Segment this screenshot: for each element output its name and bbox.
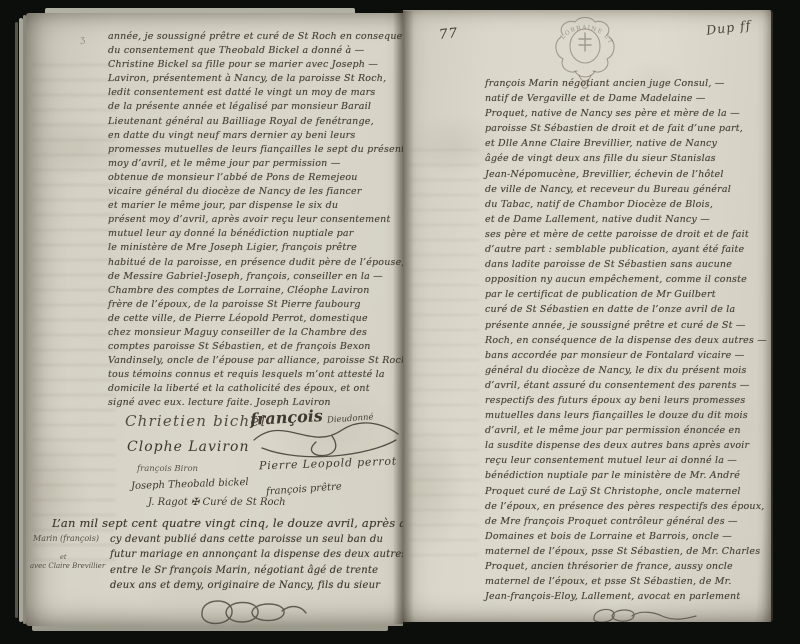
manuscript-line: Lieutenant général au Bailliage Royal de…: [108, 115, 402, 129]
manuscript-line: Domaines et bois de Lorraine et Barrois,…: [485, 529, 771, 544]
manuscript-line: de ville de Nancy, et receveur du Bureau…: [485, 182, 771, 197]
manuscript-line: vicaire général du diocèze de Nancy de l…: [108, 185, 402, 199]
svg-text:· · · · ·: · · · · ·: [571, 62, 598, 70]
left-page: ʒ année, je soussigné prêtre et curé de …: [26, 13, 403, 626]
signature: Clophe Laviron: [127, 439, 250, 455]
manuscript-line: françois Marin négotiant ancien juge Con…: [485, 76, 771, 91]
signature: Joseph Theobald bickel: [131, 477, 249, 492]
manuscript-line: moy d’avril, et le même jour par permiss…: [108, 157, 402, 171]
bleedthrough-texture: [32, 55, 116, 565]
manuscript-line: Vandinsely, oncle de l’épouse par allian…: [108, 354, 402, 368]
manuscript-line: bans accordée par monsieur de Fontalard …: [485, 348, 771, 363]
right-page: 77 LORRAINE ET BAR · · · · · Du: [403, 10, 773, 622]
ghost-ink-mark: ʒ: [79, 35, 86, 46]
closing-flourish-icon: [194, 593, 310, 626]
manuscript-line: de l’époux, en présence des pères respec…: [485, 499, 771, 514]
manuscript-line: signé avec eux. lecture faite. Joseph La…: [108, 396, 402, 410]
manuscript-line: bénédiction nuptiale par le ministère de…: [485, 468, 771, 483]
manuscript-line: promesses mutuelles de leurs fiançailles…: [108, 143, 402, 157]
manuscript-line: d’avril, étant assuré du consentement de…: [485, 378, 771, 393]
manuscript-line: maternel de l’époux, psse St Sébastien, …: [485, 544, 771, 559]
manuscript-line: Laviron, présentement à Nancy, de la par…: [108, 72, 402, 86]
manuscript-line: L’an mil sept cent quatre vingt cinq, le…: [52, 516, 402, 532]
manuscript-line: et Dlle Anne Claire Brevillier, native d…: [485, 136, 771, 151]
bleedthrough-texture: [409, 140, 479, 560]
manuscript-line: du consentement que Theobald Bickel a do…: [108, 44, 402, 58]
manuscript-line: général du diocèze de Nancy, le dix du p…: [485, 363, 771, 378]
manuscript-line: et de Dame Lallement, native dudit Nancy…: [485, 212, 771, 227]
manuscript-line: d’avril, et le même jour par permission …: [485, 423, 771, 438]
manuscript-line: paroisse St Sébastien de droit et de fai…: [485, 121, 771, 136]
manuscript-line: obtenue de monsieur l’abbé de Pons de Re…: [108, 171, 402, 185]
manuscript-line: de Messire Gabriel-Joseph, françois, con…: [108, 270, 402, 284]
closing-flourish-icon: [588, 604, 700, 622]
signature: françois Biron: [137, 464, 198, 474]
margin-note: et: [60, 553, 66, 561]
right-page-record-text: françois Marin négotiant ancien juge Con…: [485, 76, 771, 604]
book-gutter-shadow: [393, 11, 414, 624]
signature: françois prêtre: [266, 481, 342, 497]
left-page-record-text: année, je soussigné prêtre et curé de St…: [108, 30, 402, 411]
manuscript-line: frère de l’époux, de la paroisse St Pier…: [108, 298, 402, 312]
manuscript-line: et marier le même jour, par dispense le …: [108, 199, 402, 213]
manuscript-line: curé de St Sébastien en datte de l’onze …: [485, 302, 771, 317]
manuscript-line: entre le Sr françois Marin, négotiant âg…: [110, 563, 402, 579]
manuscript-line: opposition ny aucun empêchement, comme i…: [485, 272, 771, 287]
manuscript-line: la susdite dispense des deux autres bans…: [485, 438, 771, 453]
manuscript-line: de la présente année et légalisé par mon…: [108, 100, 402, 114]
manuscript-line: domicile la liberté et la catholicité de…: [108, 382, 402, 396]
manuscript-line: Roch, en conséquence de la dispense des …: [485, 333, 771, 348]
book-page-edge: [15, 22, 18, 618]
manuscript-line: de cette ville, de Pierre Léopold Perrot…: [108, 312, 402, 326]
manuscript-line: Jean-Népomucène, Brevillier, échevin de …: [485, 167, 771, 182]
manuscript-line: mutuel leur ay donné la bénédiction nupt…: [108, 227, 402, 241]
margin-note: Marin (françois): [33, 534, 99, 543]
manuscript-line: chez monsieur Maguy conseiller de la Cha…: [108, 326, 402, 340]
manuscript-line: Proquet, ancien thrésorier de france, au…: [485, 559, 771, 574]
manuscript-line: année, je soussigné prêtre et curé de St…: [108, 30, 402, 44]
left-page-second-entry: L’an mil sept cent quatre vingt cinq, le…: [110, 516, 402, 594]
manuscript-line: Proquet curé de Laÿ St Christophe, oncle…: [485, 484, 771, 499]
manuscript-line: comptes paroisse St Sébastien, et de fra…: [108, 340, 402, 354]
manuscript-line: par le certificat de publication de Mr G…: [485, 287, 771, 302]
manuscript-line: Chambre des comptes de Lorraine, Cléophe…: [108, 284, 402, 298]
manuscript-line: tous témoins connus et requis lesquels m…: [108, 368, 402, 382]
manuscript-line: ses père et mère de cette paroisse de dr…: [485, 227, 771, 242]
manuscript-line: d’autre part : semblable publication, ay…: [485, 242, 771, 257]
manuscript-line: présent moy d’avril, après avoir reçu le…: [108, 213, 402, 227]
manuscript-line: respectifs des futurs époux ay beni leur…: [485, 393, 771, 408]
signature-paraphe-icon: [250, 418, 402, 460]
manuscript-line: Jean-françois-Eloy, Lallement, avocat en…: [485, 589, 771, 604]
manuscript-line: mutuelles dans leurs fiançailles le douz…: [485, 408, 771, 423]
manuscript-line: cy devant publié dans cette paroisse un …: [110, 532, 402, 548]
manuscript-line: ledit consentement est datté le vingt un…: [108, 86, 402, 100]
manuscript-line: présente année, je soussigné prêtre et c…: [485, 318, 771, 333]
manuscript-line: futur mariage en annonçant la dispense d…: [110, 547, 402, 563]
manuscript-line: de Mre françois Proquet contrôleur génér…: [485, 514, 771, 529]
manuscript-line: habitué de la paroisse, en présence dudi…: [108, 256, 402, 270]
manuscript-line: Proquet, native de Nancy ses père et mèr…: [485, 106, 771, 121]
manuscript-line: natif de Vergaville et de Dame Madelaine…: [485, 91, 771, 106]
manuscript-line: deux ans et demy, originaire de Nancy, f…: [110, 578, 402, 594]
signature: Chrietien bichel: [125, 412, 266, 430]
manuscript-line: Christine Bickel sa fille pour se marier…: [108, 58, 402, 72]
manuscript-line: en datte du vingt neuf mars dernier ay b…: [108, 129, 402, 143]
manuscript-line: le ministère de Mre Joseph Ligier, franç…: [108, 241, 402, 255]
margin-note: avec Claire Brevillier: [30, 562, 105, 570]
manuscript-line: dans ladite paroisse de St Sébastien san…: [485, 257, 771, 272]
manuscript-line: du Tabac, natif de Chambor Diocèze de Bl…: [485, 197, 771, 212]
register-scan-photo: ʒ année, je soussigné prêtre et curé de …: [0, 0, 800, 644]
corner-ink-mark: Dup ff: [705, 17, 752, 37]
signature: J. Ragot ✠ Curé de St Roch: [148, 497, 286, 508]
manuscript-line: reçu leur consentement mutuel leur ai do…: [485, 453, 771, 468]
manuscript-line: maternel de l’époux, et psse St Sébastie…: [485, 574, 771, 589]
manuscript-line: âgée de vingt deux ans fille du sieur St…: [485, 151, 771, 166]
folio-number: 77: [438, 25, 459, 43]
